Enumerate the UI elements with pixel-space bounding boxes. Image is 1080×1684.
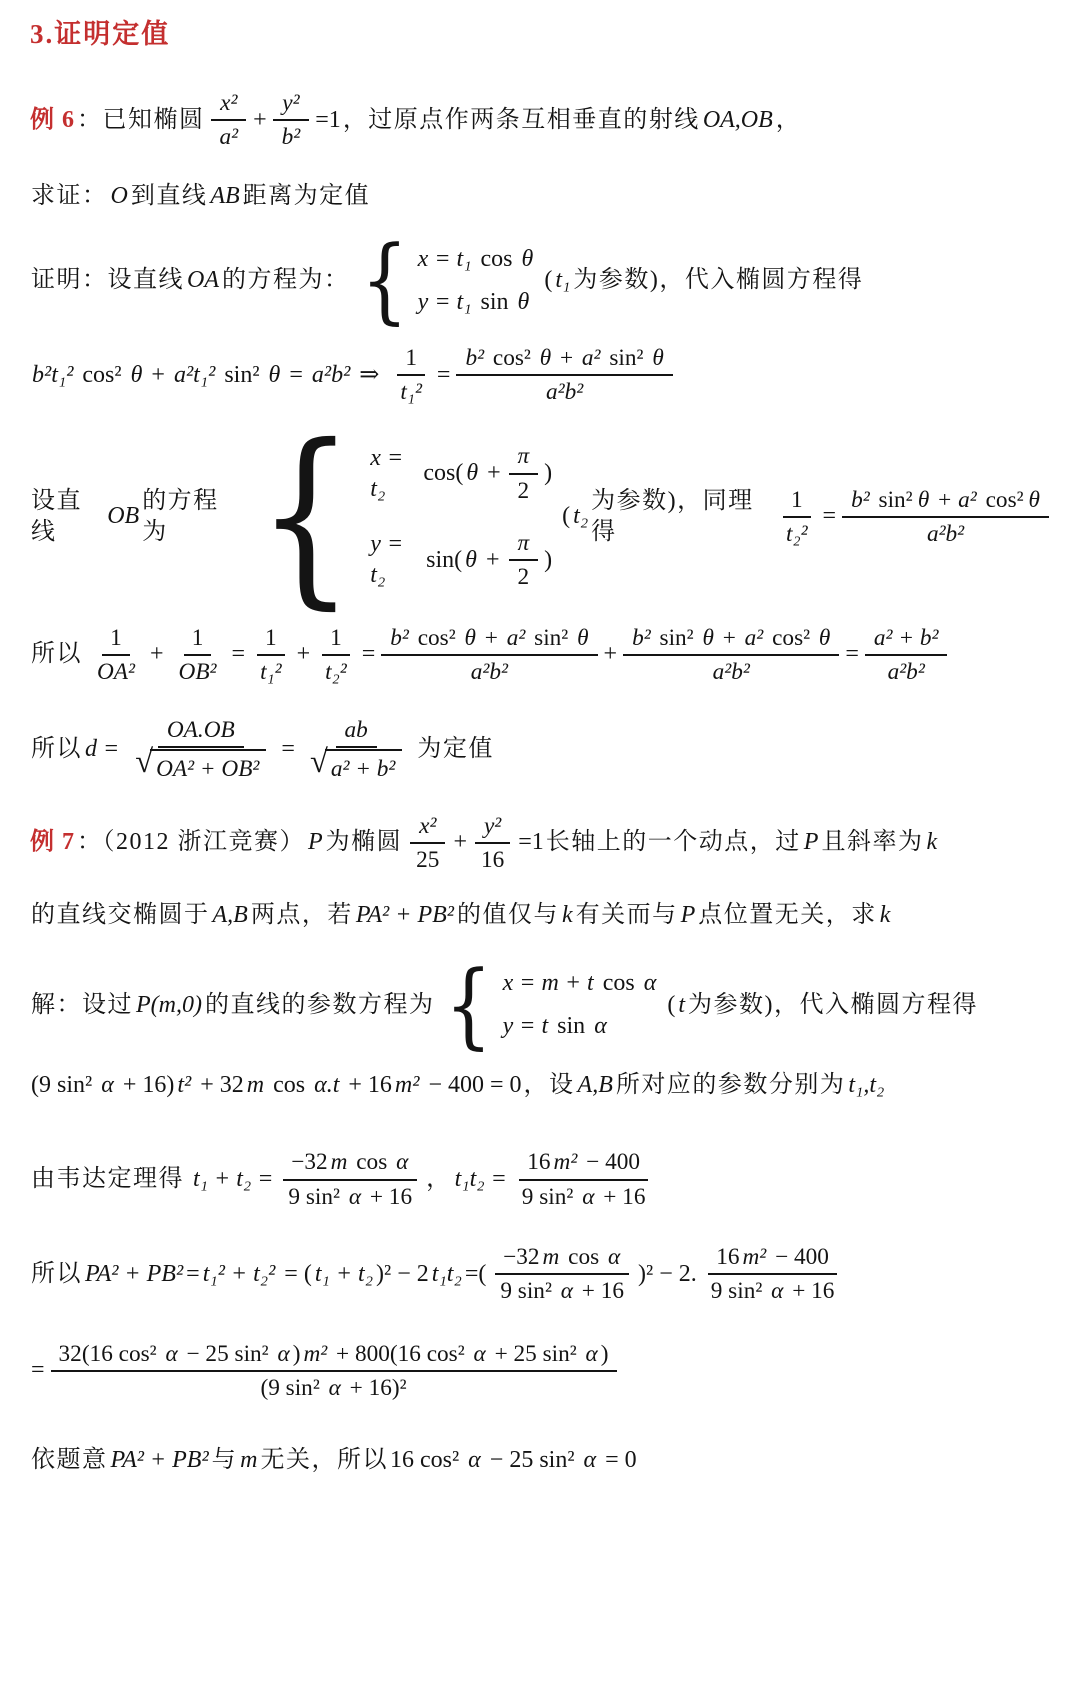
math-token: cos²	[766, 623, 816, 653]
math-token: cos	[603, 968, 641, 999]
math-token: π	[518, 441, 530, 471]
fraction-denominator: 9 sin² α + 16	[703, 1275, 843, 1307]
math-token: t₁	[555, 265, 570, 296]
math-token: θ	[269, 360, 281, 391]
math-token: 9 sin²	[288, 1182, 345, 1212]
cases-row: y = t₂ sin(θ + π2)	[368, 527, 553, 594]
math-token: α	[468, 1445, 481, 1476]
fraction-denominator: b²	[273, 121, 310, 153]
fraction: y²b²	[273, 87, 310, 154]
math-token: 1	[791, 485, 803, 515]
example-label: 例 6	[30, 105, 75, 136]
math-token: t₁²	[260, 657, 282, 687]
math-token: θ	[918, 485, 929, 515]
text-run: 的直线的参数方程为	[205, 990, 435, 1021]
text-run: ：已知椭圆	[77, 105, 205, 136]
fraction-denominator: a²	[211, 121, 248, 153]
fraction-numerator: −32m cos α	[495, 1241, 629, 1275]
math-token: OA²	[97, 657, 135, 687]
math-token: θ	[540, 343, 551, 373]
math-token: y²	[484, 811, 501, 841]
math-token: a²	[507, 623, 526, 653]
math-token: α	[584, 1445, 597, 1476]
math-token: = (	[278, 1259, 312, 1290]
fraction-denominator: 9 sin² α + 16	[492, 1275, 632, 1307]
math-token: α	[561, 1276, 573, 1306]
text-run: 的值仅与	[457, 900, 559, 931]
math-token: + 16)	[117, 1070, 175, 1101]
math-token: a²b²	[312, 360, 350, 391]
math-token: −32	[291, 1147, 327, 1177]
text-run: 为定值	[417, 734, 494, 765]
math-token: − 400	[580, 1147, 640, 1177]
math-token: +	[554, 343, 579, 373]
fraction-numerator: y²	[273, 87, 308, 121]
math-token: 16 cos²	[390, 1445, 465, 1476]
math-token: cos	[562, 1242, 605, 1272]
math-token: t₂²	[786, 519, 808, 549]
math-token: OB	[107, 501, 139, 532]
text-run: 且斜率为	[821, 827, 923, 858]
math-token: + 32	[194, 1070, 244, 1101]
fraction: b² sin² θ + a² cos² θa²b²	[842, 484, 1049, 551]
math-token: P(m,0)	[136, 990, 202, 1021]
fraction-numerator: π	[509, 440, 539, 474]
cases-row: x = t₂ cos(θ + π2)	[368, 440, 553, 507]
math-token: +	[145, 360, 171, 391]
solution-vieta-formulas: 由韦达定理得 t₁ + t₂ =−32m cos α9 sin² α + 16，…	[30, 1146, 1054, 1213]
math-token: 9 sin²	[500, 1276, 557, 1306]
fraction-numerator: b² sin² θ + a² cos² θ	[623, 622, 839, 656]
fraction-numerator: 16m² − 400	[708, 1241, 837, 1275]
math-token: AB	[210, 181, 239, 212]
fraction: b² cos² θ + a² sin² θa²b²	[381, 622, 597, 689]
cases-row: y = t sin α	[501, 1011, 659, 1042]
solution-simplified-fraction: =32(16 cos² α − 25 sin² α)m² + 800(16 co…	[30, 1338, 1054, 1405]
math-token: t	[678, 990, 685, 1021]
math-token: cos²	[412, 623, 462, 653]
fraction-denominator: √OA² + OB²	[126, 748, 275, 785]
math-token: )	[293, 1339, 301, 1369]
math-token: + 25 sin²	[489, 1339, 583, 1369]
math-token: θ	[522, 244, 534, 275]
proof-line-oa-parametric: 证明：设直线OA的方程为：{x = t₁ cos θy = t₁ sin θ(t…	[30, 244, 1054, 318]
example6-goal: 求证：O到直线AB距离为定值	[30, 180, 1054, 214]
math-token: (	[544, 265, 552, 296]
math-token: θ	[702, 623, 713, 653]
math-token: a²b²	[713, 657, 750, 687]
math-token: m²	[554, 1147, 578, 1177]
text-run: 求证：	[31, 181, 108, 212]
math-token: P	[804, 827, 819, 858]
math-token: a²	[745, 623, 764, 653]
document-page: 3.证明定值 例 6：已知椭圆x²a²+y²b²=1，过原点作两条互相垂直的射线…	[0, 0, 1080, 1478]
proof-line-ob-parametric: 设直线OB的方程为{x = t₂ cos(θ + π2)y = t₂ sin(θ…	[30, 440, 1054, 593]
math-token: t₂²	[325, 657, 347, 687]
text-run: 的方程为：	[222, 265, 350, 296]
math-token: 25	[416, 845, 439, 875]
math-token: x = t₂	[370, 443, 420, 505]
math-token: b²	[851, 485, 870, 515]
math-token: b²	[390, 623, 409, 653]
text-run: 设直线	[31, 486, 104, 548]
math-token: k	[926, 827, 937, 858]
math-token: k	[562, 900, 573, 931]
math-token: α	[594, 1011, 607, 1042]
fraction-numerator: −32m cos α	[283, 1146, 417, 1180]
math-token: =	[845, 639, 859, 670]
math-token: PA² + PB²	[111, 1445, 209, 1476]
fraction-numerator: 1	[783, 484, 811, 518]
fraction: −32m cos α9 sin² α + 16	[280, 1146, 420, 1213]
math-token: A,B	[578, 1070, 613, 1101]
math-token: α	[586, 1339, 598, 1369]
fraction-denominator: a²b²	[918, 518, 973, 550]
math-token: O	[111, 181, 128, 212]
fraction-denominator: 2	[510, 475, 538, 507]
math-token: sin²	[218, 360, 265, 391]
radicand: a² + b²	[325, 749, 403, 784]
math-token: +	[297, 639, 311, 670]
math-token: P	[681, 900, 696, 931]
cases-rows: x = t₂ cos(θ + π2)y = t₂ sin(θ + π2)	[368, 440, 553, 593]
fraction-numerator: 1	[102, 622, 130, 656]
math-token: a²b²	[927, 519, 964, 549]
fraction: 16m² − 4009 sin² α + 16	[703, 1241, 843, 1308]
math-token: θ	[131, 360, 143, 391]
math-token: cos²	[487, 343, 537, 373]
fraction: 1t₂²	[777, 484, 817, 551]
math-token: y = t₂	[370, 529, 423, 591]
math-token: π	[518, 528, 530, 558]
math-token: + 16	[576, 1276, 624, 1306]
cases-rows: x = t₁ cos θy = t₁ sin θ	[416, 244, 536, 318]
math-token: cos(	[423, 458, 463, 489]
fraction: ab√a² + b²	[301, 714, 411, 786]
radicand: OA² + OB²	[150, 749, 266, 784]
radical: √a² + b²	[310, 749, 402, 784]
fraction-denominator: a²b²	[537, 376, 592, 408]
text-run: 长轴上的一个动点，过	[546, 827, 801, 858]
math-token: b²	[465, 343, 484, 373]
fraction-numerator: 16m² − 400	[519, 1146, 648, 1180]
math-token: − 25 sin²	[181, 1339, 275, 1369]
example-label: 例 7	[30, 827, 75, 858]
fraction: 32(16 cos² α − 25 sin² α)m² + 800(16 cos…	[51, 1338, 617, 1405]
cases-row: x = t₁ cos θ	[416, 244, 536, 275]
solution-pa2-pb2-expansion: 所以PA² + PB²=t₁² + t₂² = (t₁ + t₂)² − 2t₁…	[30, 1241, 1054, 1308]
text-run: 证明：设直线	[31, 265, 184, 296]
fraction: −32m cos α9 sin² α + 16	[492, 1241, 632, 1308]
math-token: 2	[518, 476, 530, 506]
math-token: a²	[582, 343, 601, 373]
fraction: x²a²	[211, 87, 248, 154]
math-token: +	[480, 545, 503, 576]
cases-group: {x = t₂ cos(θ + π2)y = t₂ sin(θ + π2)	[245, 440, 553, 593]
fraction-denominator: 9 sin² α + 16	[514, 1181, 654, 1213]
math-token: =	[232, 639, 246, 670]
math-token: t₁ + t₂	[315, 1259, 373, 1290]
math-token: θ	[518, 287, 530, 318]
fraction: π2	[509, 527, 539, 594]
fraction-numerator: 1	[184, 622, 212, 656]
math-token: b²	[282, 122, 301, 152]
math-token: x = t₁	[418, 244, 478, 275]
math-token: + 16)²	[344, 1373, 407, 1403]
math-token: α	[277, 1339, 289, 1369]
math-token: θ	[819, 623, 830, 653]
fraction: 1OB²	[170, 622, 226, 689]
fraction-numerator: 32(16 cos² α − 25 sin² α)m² + 800(16 cos…	[51, 1338, 617, 1372]
math-token: t₁t₂	[432, 1259, 462, 1290]
math-token: + 16	[342, 1070, 392, 1101]
math-token: y = t₁	[418, 287, 478, 318]
math-token: =	[823, 501, 837, 532]
math-token: =	[362, 639, 376, 670]
math-token: cos	[481, 244, 519, 275]
math-token: m²	[742, 1242, 766, 1272]
math-token: + 16	[786, 1276, 834, 1306]
math-token: =	[186, 1259, 200, 1290]
fraction: a² + b²a²b²	[865, 622, 948, 689]
math-token: x²	[419, 811, 436, 841]
fraction-numerator: b² cos² θ + a² sin² θ	[381, 622, 597, 656]
math-token: m²	[303, 1339, 327, 1369]
text-run: 距离为定值	[243, 181, 371, 212]
fraction-numerator: π	[509, 527, 539, 561]
math-token: a²t₁²	[174, 360, 215, 391]
fraction: 16m² − 4009 sin² α + 16	[514, 1146, 654, 1213]
math-token: − 25 sin²	[484, 1445, 581, 1476]
radical-sign-icon: √	[135, 749, 153, 777]
math-token: 1	[192, 623, 204, 653]
text-run: 由韦达定理得	[31, 1164, 184, 1195]
text-run: 所对应的参数分别为	[616, 1070, 846, 1101]
math-token: d =	[85, 734, 119, 765]
fraction-numerator: b² cos² θ + a² sin² θ	[456, 342, 672, 376]
math-token: OA,OB	[703, 105, 773, 136]
math-token: b²t₁²	[32, 360, 73, 391]
math-token: m	[247, 1070, 264, 1101]
math-token: )	[544, 458, 552, 489]
math-token: sin	[557, 1011, 591, 1042]
math-token: t₁²	[400, 377, 422, 407]
text-run: ，过原点作两条互相垂直的射线	[343, 105, 700, 136]
math-token: − 400	[769, 1242, 829, 1272]
math-token: ⇒	[353, 360, 385, 391]
math-token: − 400 = 0	[422, 1070, 521, 1101]
math-token: cos²	[980, 485, 1026, 515]
math-token: α	[582, 1182, 594, 1212]
math-token: +	[717, 623, 742, 653]
math-token: t₁,t₂	[848, 1070, 884, 1101]
math-token: sin²	[604, 343, 650, 373]
proof-substitution-t1: b²t₁² cos² θ + a²t₁² sin² θ = a²b² ⇒ 1t₁…	[30, 342, 1054, 409]
math-token: 2	[518, 562, 530, 592]
fraction-numerator: a² + b²	[865, 622, 948, 656]
math-token: sin²	[528, 623, 574, 653]
math-token: x²	[220, 88, 237, 118]
math-token: θ	[577, 623, 588, 653]
text-run: 为参数)，代入椭圆方程得	[573, 265, 863, 296]
cases-rows: x = m + t cos αy = t sin α	[501, 968, 659, 1042]
math-token: a²b²	[546, 377, 583, 407]
text-run: 两点，若	[251, 900, 353, 931]
fraction-numerator: b² sin² θ + a² cos² θ	[842, 484, 1049, 518]
math-token: + 800(16 cos²	[330, 1339, 470, 1369]
math-token: OA.OB	[167, 715, 235, 745]
fraction-numerator: y²	[475, 810, 510, 844]
math-token: 32(16 cos²	[59, 1339, 163, 1369]
math-token: +	[150, 639, 164, 670]
math-token: α	[396, 1147, 408, 1177]
fraction-denominator: 16	[473, 844, 512, 876]
fraction: 1OA²	[88, 622, 144, 689]
math-token: = 0	[599, 1445, 637, 1476]
math-token: θ	[465, 545, 477, 576]
math-token: α.t	[314, 1070, 339, 1101]
math-token: PA² + PB²	[356, 900, 454, 931]
math-token: sin	[481, 287, 515, 318]
math-token: cos²	[76, 360, 127, 391]
proof-distance-conclusion: 所以d =OA.OB√OA² + OB²=ab√a² + b²为定值	[30, 714, 1054, 786]
fraction-denominator: t₁²	[251, 656, 291, 688]
text-run: ，	[776, 105, 802, 136]
math-token: m	[543, 1242, 560, 1272]
math-token: PA² + PB²	[85, 1259, 183, 1290]
fraction-denominator: 9 sin² α + 16	[280, 1181, 420, 1213]
text-run: 与	[212, 1445, 238, 1476]
fraction: π2	[509, 440, 539, 507]
math-token: a²	[958, 485, 977, 515]
math-token: cos	[267, 1070, 311, 1101]
left-brace-icon: {	[360, 244, 407, 317]
math-token: (	[667, 990, 675, 1021]
math-token: a² + b²	[874, 623, 939, 653]
fraction-denominator: (9 sin² α + 16)²	[252, 1372, 414, 1404]
math-token: α	[474, 1339, 486, 1369]
fraction: b² sin² θ + a² cos² θa²b²	[623, 622, 839, 689]
text-run: 依题意	[31, 1445, 108, 1476]
math-token: 9 sin²	[711, 1276, 768, 1306]
radical-sign-icon: √	[310, 749, 328, 777]
text-run: 为椭圆	[326, 827, 403, 858]
text-run: 所以	[31, 1259, 82, 1290]
fraction: 1t₁²	[251, 622, 291, 689]
math-token: m	[331, 1147, 348, 1177]
math-token: P	[308, 827, 323, 858]
fraction-denominator: a²b²	[462, 656, 517, 688]
math-token: +	[479, 623, 504, 653]
text-run: 所以	[31, 639, 82, 670]
math-token: t₁ + t₂ =	[187, 1164, 273, 1195]
text-run: 所以	[31, 734, 82, 765]
solution-conclusion: 依题意PA² + PB²与m无关，所以16 cos² α − 25 sin² α…	[30, 1444, 1054, 1478]
math-token: α	[349, 1182, 361, 1212]
math-token: y = t	[503, 1011, 555, 1042]
math-token: θ	[466, 458, 478, 489]
math-token: =1	[315, 105, 341, 136]
fraction: b² cos² θ + a² sin² θa²b²	[456, 342, 672, 409]
text-run: 到直线	[131, 181, 208, 212]
solution-quadratic-equation: (9 sin² α + 16)t² + 32m cos α.t + 16m² −…	[30, 1068, 1054, 1102]
math-token: m	[240, 1445, 257, 1476]
fraction-denominator: 2	[510, 561, 538, 593]
math-token: cos	[350, 1147, 393, 1177]
fraction-numerator: x²	[410, 810, 445, 844]
math-token: +	[604, 639, 618, 670]
fraction-denominator: t₂²	[777, 518, 817, 550]
cases-row: x = m + t cos α	[501, 968, 659, 999]
math-token: a²b²	[888, 657, 925, 687]
math-token: 1	[110, 623, 122, 653]
left-brace-icon: {	[257, 442, 354, 591]
math-token: m²	[395, 1070, 420, 1101]
left-brace-icon: {	[445, 969, 492, 1042]
fraction: y²16	[473, 810, 512, 877]
math-token: OA	[187, 265, 219, 296]
math-token: α	[101, 1070, 114, 1101]
math-token: t₁t₂ =	[455, 1164, 507, 1195]
text-run: 有关而与	[576, 900, 678, 931]
math-token: +	[932, 485, 955, 515]
math-token: sin²	[873, 485, 915, 515]
proof-sum-of-reciprocals: 所以1OA²+1OB²=1t₁²+1t₂²=b² cos² θ + a² sin…	[30, 622, 1054, 689]
math-token: )	[544, 545, 552, 576]
text-run: 为参数)，同理得	[591, 486, 771, 548]
math-token: =	[31, 1355, 45, 1386]
math-token: (9 sin²	[260, 1373, 325, 1403]
fraction-numerator: OA.OB	[158, 714, 244, 748]
math-token: (	[562, 501, 570, 532]
math-token: 9 sin²	[522, 1182, 579, 1212]
math-token: =	[283, 360, 309, 391]
math-token: 16	[527, 1147, 550, 1177]
math-token: α	[644, 968, 657, 999]
math-token: =	[281, 734, 295, 765]
math-token: t₂	[573, 501, 588, 532]
radical: √OA² + OB²	[135, 749, 266, 784]
text-run: ，设	[524, 1070, 575, 1101]
math-token: OA² + OB²	[156, 754, 259, 784]
math-token: +	[453, 827, 467, 858]
math-token: k	[880, 900, 891, 931]
math-token: 16	[481, 845, 504, 875]
math-token: )	[601, 1339, 609, 1369]
math-token: x = m + t	[503, 968, 600, 999]
cases-group: {x = m + t cos αy = t sin α	[439, 968, 658, 1042]
math-token: b²	[632, 623, 651, 653]
math-token: ab	[345, 715, 368, 745]
cases-row: y = t₁ sin θ	[416, 287, 536, 318]
fraction-denominator: a²b²	[879, 656, 934, 688]
math-token: =	[437, 360, 451, 391]
text-run: ：（2012 浙江竞赛）	[77, 827, 305, 858]
cases-group: {x = t₁ cos θy = t₁ sin θ	[355, 244, 536, 318]
fraction: 1t₁²	[391, 342, 431, 409]
fraction-denominator: a²b²	[704, 656, 759, 688]
math-token: 16	[716, 1242, 739, 1272]
math-token: t²	[177, 1070, 191, 1101]
fraction-denominator: t₁²	[391, 376, 431, 408]
text-run: 无关，所以	[260, 1445, 388, 1476]
math-token: )² − 2	[376, 1259, 429, 1290]
fraction-denominator: √a² + b²	[301, 748, 411, 785]
text-run: 的直线交椭圆于	[31, 900, 210, 931]
text-run: ，	[426, 1164, 452, 1195]
solution-parametric-setup: 解：设过P(m,0)的直线的参数方程为{x = m + t cos αy = t…	[30, 968, 1054, 1042]
fraction-denominator: 25	[408, 844, 447, 876]
